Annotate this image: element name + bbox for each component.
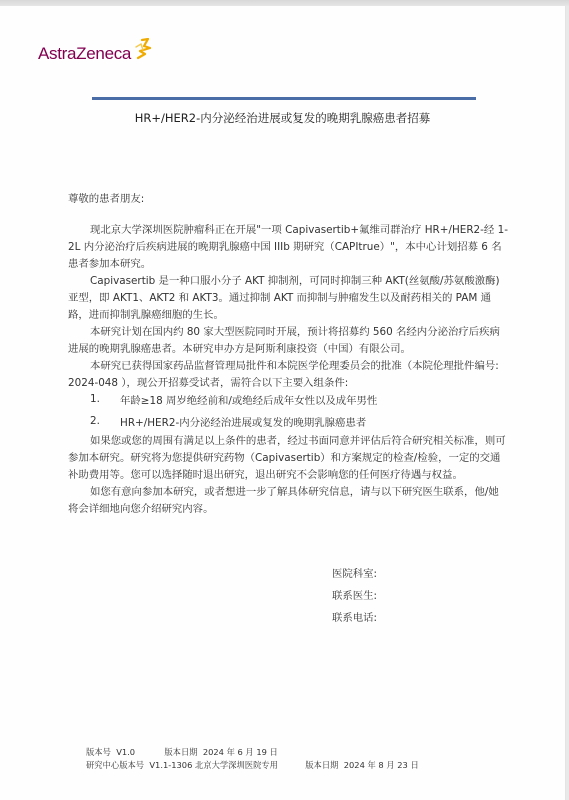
list-text: 年龄≥18 周岁绝经前和/或绝经后成年女性以及成年男性 [120,392,377,407]
paragraph-text: 本研究计划在国内约 80 家大型医院同时开展，预计将招募约 560 名经内分泌治… [68,324,508,358]
contact-block: 医院科室: 联系医生: 联系电话: [332,563,377,629]
greeting: 尊敬的患者朋友: [68,191,508,208]
department-label: 医院科室: [332,563,377,585]
logo-text: AstraZeneca [38,44,131,64]
inclusion-criteria-list: 1. 年龄≥18 周岁绝经前和/或绝经后成年女性以及成年男性 2. HR+/HE… [90,388,510,432]
center-version-date-value: 2024 年 8 月 23 日 [344,759,419,772]
paragraph-text: Capivasertib 是一种口服小分子 AKT 抑制剂，可同时抑制三种 AK… [68,273,508,324]
astrazeneca-logo-icon [132,38,154,62]
paragraph-text: 现北京大学深圳医院肿瘤科正在开展"一项 Capivasertib+氟维司群治疗 … [68,222,508,273]
center-version-label: 研究中心版本号 [86,759,144,772]
version-label: 版本号 [86,746,111,759]
paragraph-participation: 如果您或您的周围有满足以上条件的患者，经过书面同意并评估后符合研究相关标准，则可… [68,433,508,490]
center-version-value: V1.1-1306 北京大学深圳医院专用 [149,759,278,772]
version-value: V1.0 [116,746,135,759]
version-footer: 版本号 V1.0 版本日期 2024 年 6 月 19 日 研究中心版本号 V1… [86,746,419,772]
footer-row-center-version: 研究中心版本号 V1.1-1306 北京大学深圳医院专用 版本日期 2024 年… [86,759,419,772]
paragraph-contact-invite: 如您有意向参加本研究，或者想进一步了解具体研究信息，请与以下研究医生联系，他/她… [68,484,508,524]
title-divider [92,97,476,100]
list-text: HR+/HER2-内分泌经治进展或复发的晚期乳腺癌患者 [120,414,366,429]
phone-label: 联系电话: [332,607,377,629]
company-logo: AstraZeneca [38,44,154,64]
list-item: 2. HR+/HER2-内分泌经治进展或复发的晚期乳腺癌患者 [90,410,510,432]
paragraph-study-intro: 现北京大学深圳医院肿瘤科正在开展"一项 Capivasertib+氟维司群治疗 … [68,222,508,279]
version-date-label: 版本日期 [164,746,197,759]
footer-row-version: 版本号 V1.0 版本日期 2024 年 6 月 19 日 [86,746,419,759]
paragraph-drug-info: Capivasertib 是一种口服小分子 AKT 抑制剂，可同时抑制三种 AK… [68,273,508,330]
list-number: 1. [90,393,120,405]
document-page: AstraZeneca HR+/HER2-内分泌经治进展或复发的晚期乳腺癌患者招… [0,6,566,800]
center-version-date-label: 版本日期 [305,759,338,772]
list-number: 2. [90,415,120,427]
paragraph-text: 如果您或您的周围有满足以上条件的患者，经过书面同意并评估后符合研究相关标准，则可… [68,433,508,484]
document-title: HR+/HER2-内分泌经治进展或复发的晚期乳腺癌患者招募 [0,110,565,126]
list-item: 1. 年龄≥18 周岁绝经前和/或绝经后成年女性以及成年男性 [90,388,510,410]
version-date-value: 2024 年 6 月 19 日 [203,746,278,759]
paragraph-text: 本研究已获得国家药品监督管理局批件和本院医学伦理委员会的批准（本院伦理批件编号:… [68,358,508,392]
paragraph-text: 如您有意向参加本研究，或者想进一步了解具体研究信息，请与以下研究医生联系，他/她… [68,484,508,518]
doctor-label: 联系医生: [332,585,377,607]
